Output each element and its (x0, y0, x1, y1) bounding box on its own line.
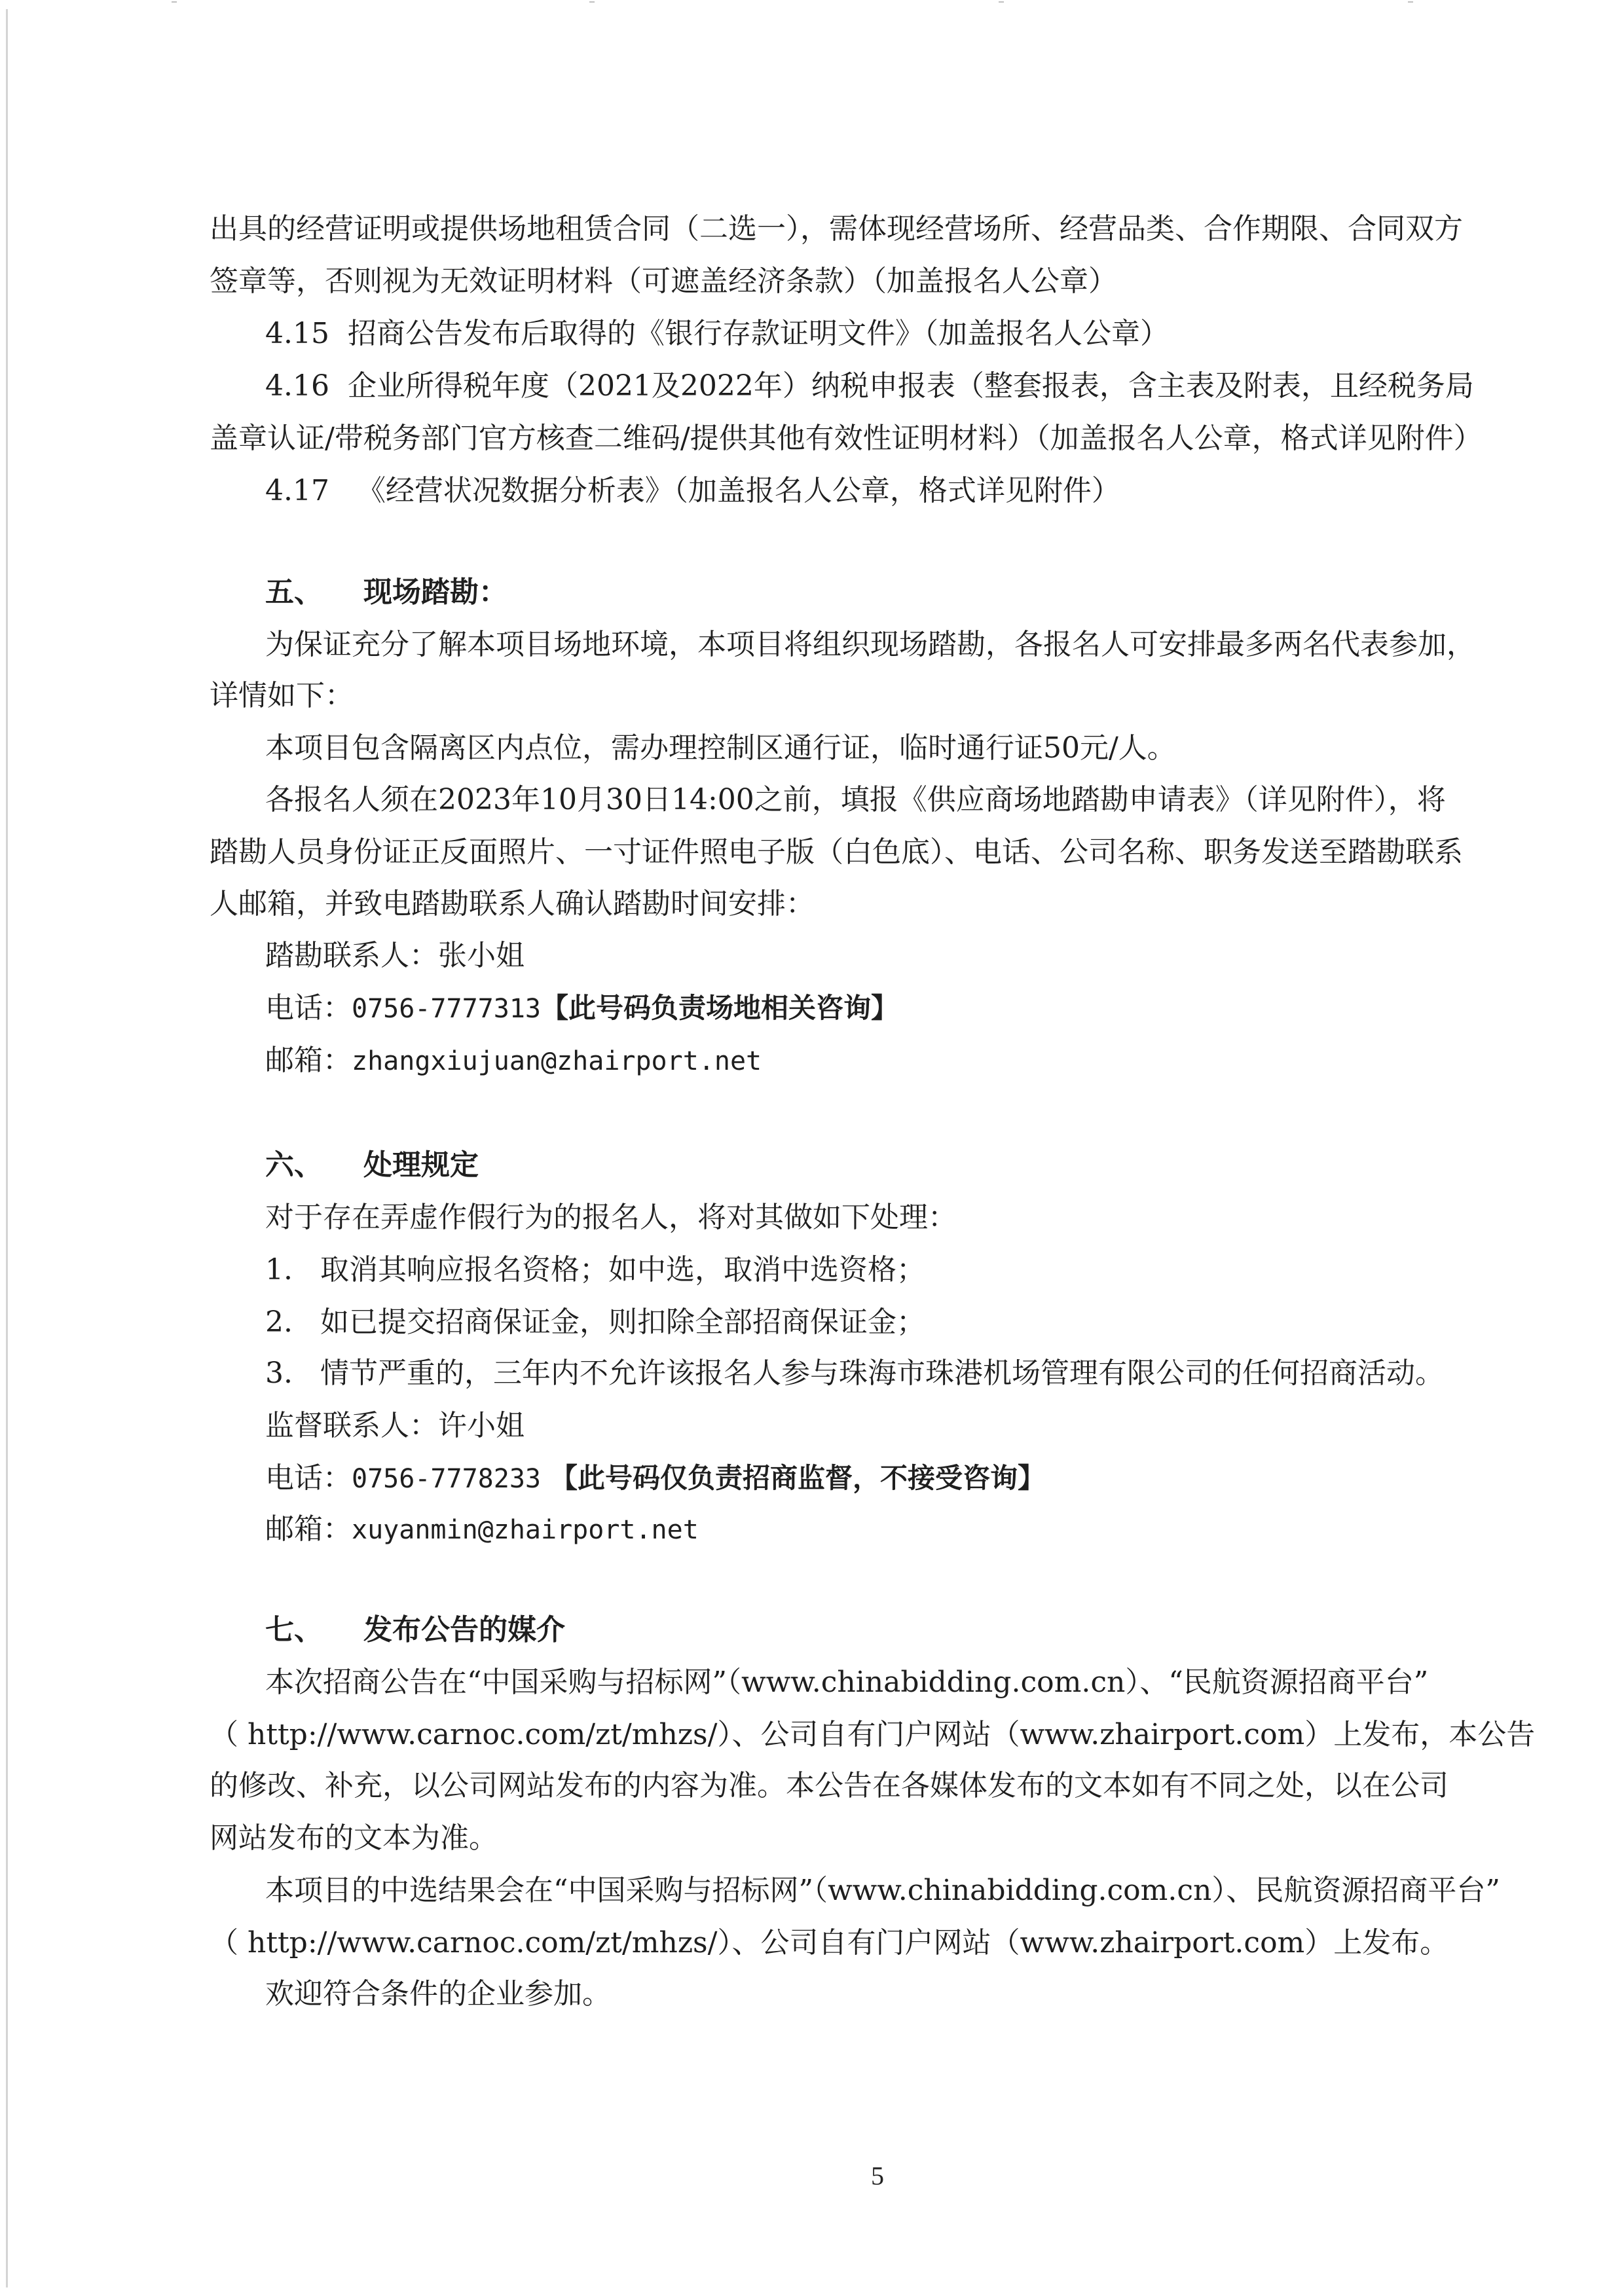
section-5-para-3-line-3: 人邮箱，并致电踏勘联系人确认踏勘时间安排： (210, 884, 1401, 924)
rule-number: 1. (265, 1253, 293, 1286)
item-text: 招商公告发布后取得的《银行存款证明文件》（加盖报名人公章） (348, 317, 1169, 350)
scan-tick-mark (999, 1, 1004, 3)
phone-note: 【此号码仅负责招商监督，不接受咨询】 (550, 1462, 1045, 1494)
section-7-para-1-line-1: 本次招商公告在“中国采购与招标网”（www.chinabidding.com.c… (265, 1663, 1401, 1702)
section-number: 五、 (265, 573, 363, 612)
rule-text: 取消其响应报名资格；如中选，取消中选资格； (320, 1253, 925, 1286)
section-5-para-3-line-2: 踏勘人员身份证正反面照片、一寸证件照电子版（白色底）、电话、公司名称、职务发送至… (210, 833, 1401, 872)
section-7-heading: 七、发布公告的媒介 (265, 1611, 1401, 1650)
rule-number: 2. (265, 1305, 293, 1339)
email-address: xuyanmin@zhairport.net (352, 1515, 699, 1545)
scan-tick-mark (1408, 1, 1413, 3)
item-4-16: 4.16 企业所得税年度（2021及2022年）纳税申报表（整套报表，含主表及附… (265, 367, 1401, 406)
section-title: 发布公告的媒介 (363, 1613, 565, 1647)
email-address: zhangxiujuan@zhairport.net (352, 1046, 762, 1076)
item-4-16-continuation: 盖章认证/带税务部门官方核查二维码/提供其他有效性证明材料）（加盖报名人公章，格… (210, 419, 1401, 458)
section-7-para-2-line-1: 本项目的中选结果会在“中国采购与招标网”（www.chinabidding.co… (265, 1871, 1401, 1910)
section-5-para-3-line-1: 各报名人须在2023年10月30日14:00之前，填报《供应商场地踏勘申请表》（… (265, 780, 1401, 820)
phone-label: 电话： (265, 991, 352, 1025)
section-5-contact: 踏勘联系人：张小姐 (265, 936, 1401, 975)
section-6-heading: 六、处理规定 (265, 1146, 1401, 1185)
email-label: 邮箱： (265, 1044, 352, 1077)
section-6-email: 邮箱：xuyanmin@zhairport.net (265, 1510, 1401, 1549)
phone-label: 电话： (265, 1461, 352, 1495)
contact-name: 许小姐 (438, 1409, 525, 1442)
section-5-para-1-line-1: 为保证充分了解本项目场地环境，本项目将组织现场踏勘，各报名人可安排最多两名代表参… (265, 625, 1401, 665)
continuation-line-1: 出具的经营证明或提供场地租赁合同（二选一），需体现经营场所、经营品类、合作期限、… (210, 210, 1401, 249)
section-5-phone: 电话：0756-7777313【此号码负责场地相关咨询】 (265, 989, 1401, 1028)
item-text: 企业所得税年度（2021及2022年）纳税申报表（整套报表，含主表及附表，且经税… (348, 369, 1474, 403)
section-5-para-2: 本项目包含隔离区内点位，需办理控制区通行证，临时通行证50元/人。 (265, 729, 1401, 768)
section-6-rule-2: 2. 如已提交招商保证金，则扣除全部招商保证金； (265, 1303, 1401, 1342)
rule-text: 如已提交招商保证金，则扣除全部招商保证金； (320, 1305, 925, 1339)
phone-number: 0756-7778233 (352, 1464, 541, 1494)
scan-tick-mark (589, 1, 595, 3)
section-7-para-1-line-2: （ http://www.carnoc.com/zt/mhzs/）、公司自有门户… (210, 1715, 1401, 1755)
section-5-heading: 五、现场踏勘： (265, 573, 1401, 612)
phone-number: 0756-7777313 (352, 994, 541, 1024)
section-6-contact: 监督联系人：许小姐 (265, 1406, 1401, 1446)
rule-text: 情节严重的，三年内不允许该报名人参与珠海市珠港机场管理有限公司的任何招商活动。 (320, 1357, 1444, 1390)
item-number: 4.15 (265, 317, 329, 350)
section-6-rule-3: 3. 情节严重的，三年内不允许该报名人参与珠海市珠港机场管理有限公司的任何招商活… (265, 1354, 1401, 1393)
section-title: 处理规定 (363, 1148, 479, 1182)
item-number: 4.17 (265, 474, 329, 507)
phone-note: 【此号码负责场地相关咨询】 (541, 992, 898, 1024)
contact-label: 踏勘联系人： (265, 939, 438, 972)
section-5-email: 邮箱：zhangxiujuan@zhairport.net (265, 1041, 1401, 1080)
scan-edge-line (6, 9, 8, 2287)
section-7-para-1-line-3: 的修改、补充，以公司网站发布的内容为准。本公告在各媒体发布的文本如有不同之处，以… (210, 1766, 1401, 1806)
contact-label: 监督联系人： (265, 1409, 438, 1442)
item-4-15: 4.15 招商公告发布后取得的《银行存款证明文件》（加盖报名人公章） (265, 314, 1401, 354)
contact-name: 张小姐 (438, 939, 525, 972)
continuation-line-2: 签章等，否则视为无效证明材料（可遮盖经济条款）（加盖报名人公章） (210, 262, 1401, 301)
scan-tick-mark (172, 1, 177, 3)
item-text: 《经营状况数据分析表》（加盖报名人公章，格式详见附件） (357, 474, 1120, 507)
rule-number: 3. (265, 1357, 293, 1390)
section-6-rule-1: 1. 取消其响应报名资格；如中选，取消中选资格； (265, 1250, 1401, 1290)
section-6-intro: 对于存在弄虚作假行为的报名人，将对其做如下处理： (265, 1198, 1401, 1237)
section-title: 现场踏勘： (363, 575, 507, 609)
section-number: 六、 (265, 1146, 363, 1185)
item-number: 4.16 (265, 369, 329, 403)
item-4-17: 4.17 《经营状况数据分析表》（加盖报名人公章，格式详见附件） (265, 471, 1401, 511)
page-number: 5 (858, 2160, 897, 2193)
section-number: 七、 (265, 1611, 363, 1650)
document-page: 出具的经营证明或提供场地租赁合同（二选一），需体现经营场所、经营品类、合作期限、… (0, 0, 1624, 2296)
section-7-closing: 欢迎符合条件的企业参加。 (265, 1975, 1401, 2014)
section-5-para-1-line-2: 详情如下： (210, 676, 1401, 716)
section-6-phone: 电话：0756-7778233 【此号码仅负责招商监督，不接受咨询】 (265, 1459, 1401, 1498)
email-label: 邮箱： (265, 1512, 352, 1546)
section-7-para-1-line-4: 网站发布的文本为准。 (210, 1819, 1401, 1858)
section-7-para-2-line-2: （ http://www.carnoc.com/zt/mhzs/）、公司自有门户… (210, 1923, 1401, 1963)
